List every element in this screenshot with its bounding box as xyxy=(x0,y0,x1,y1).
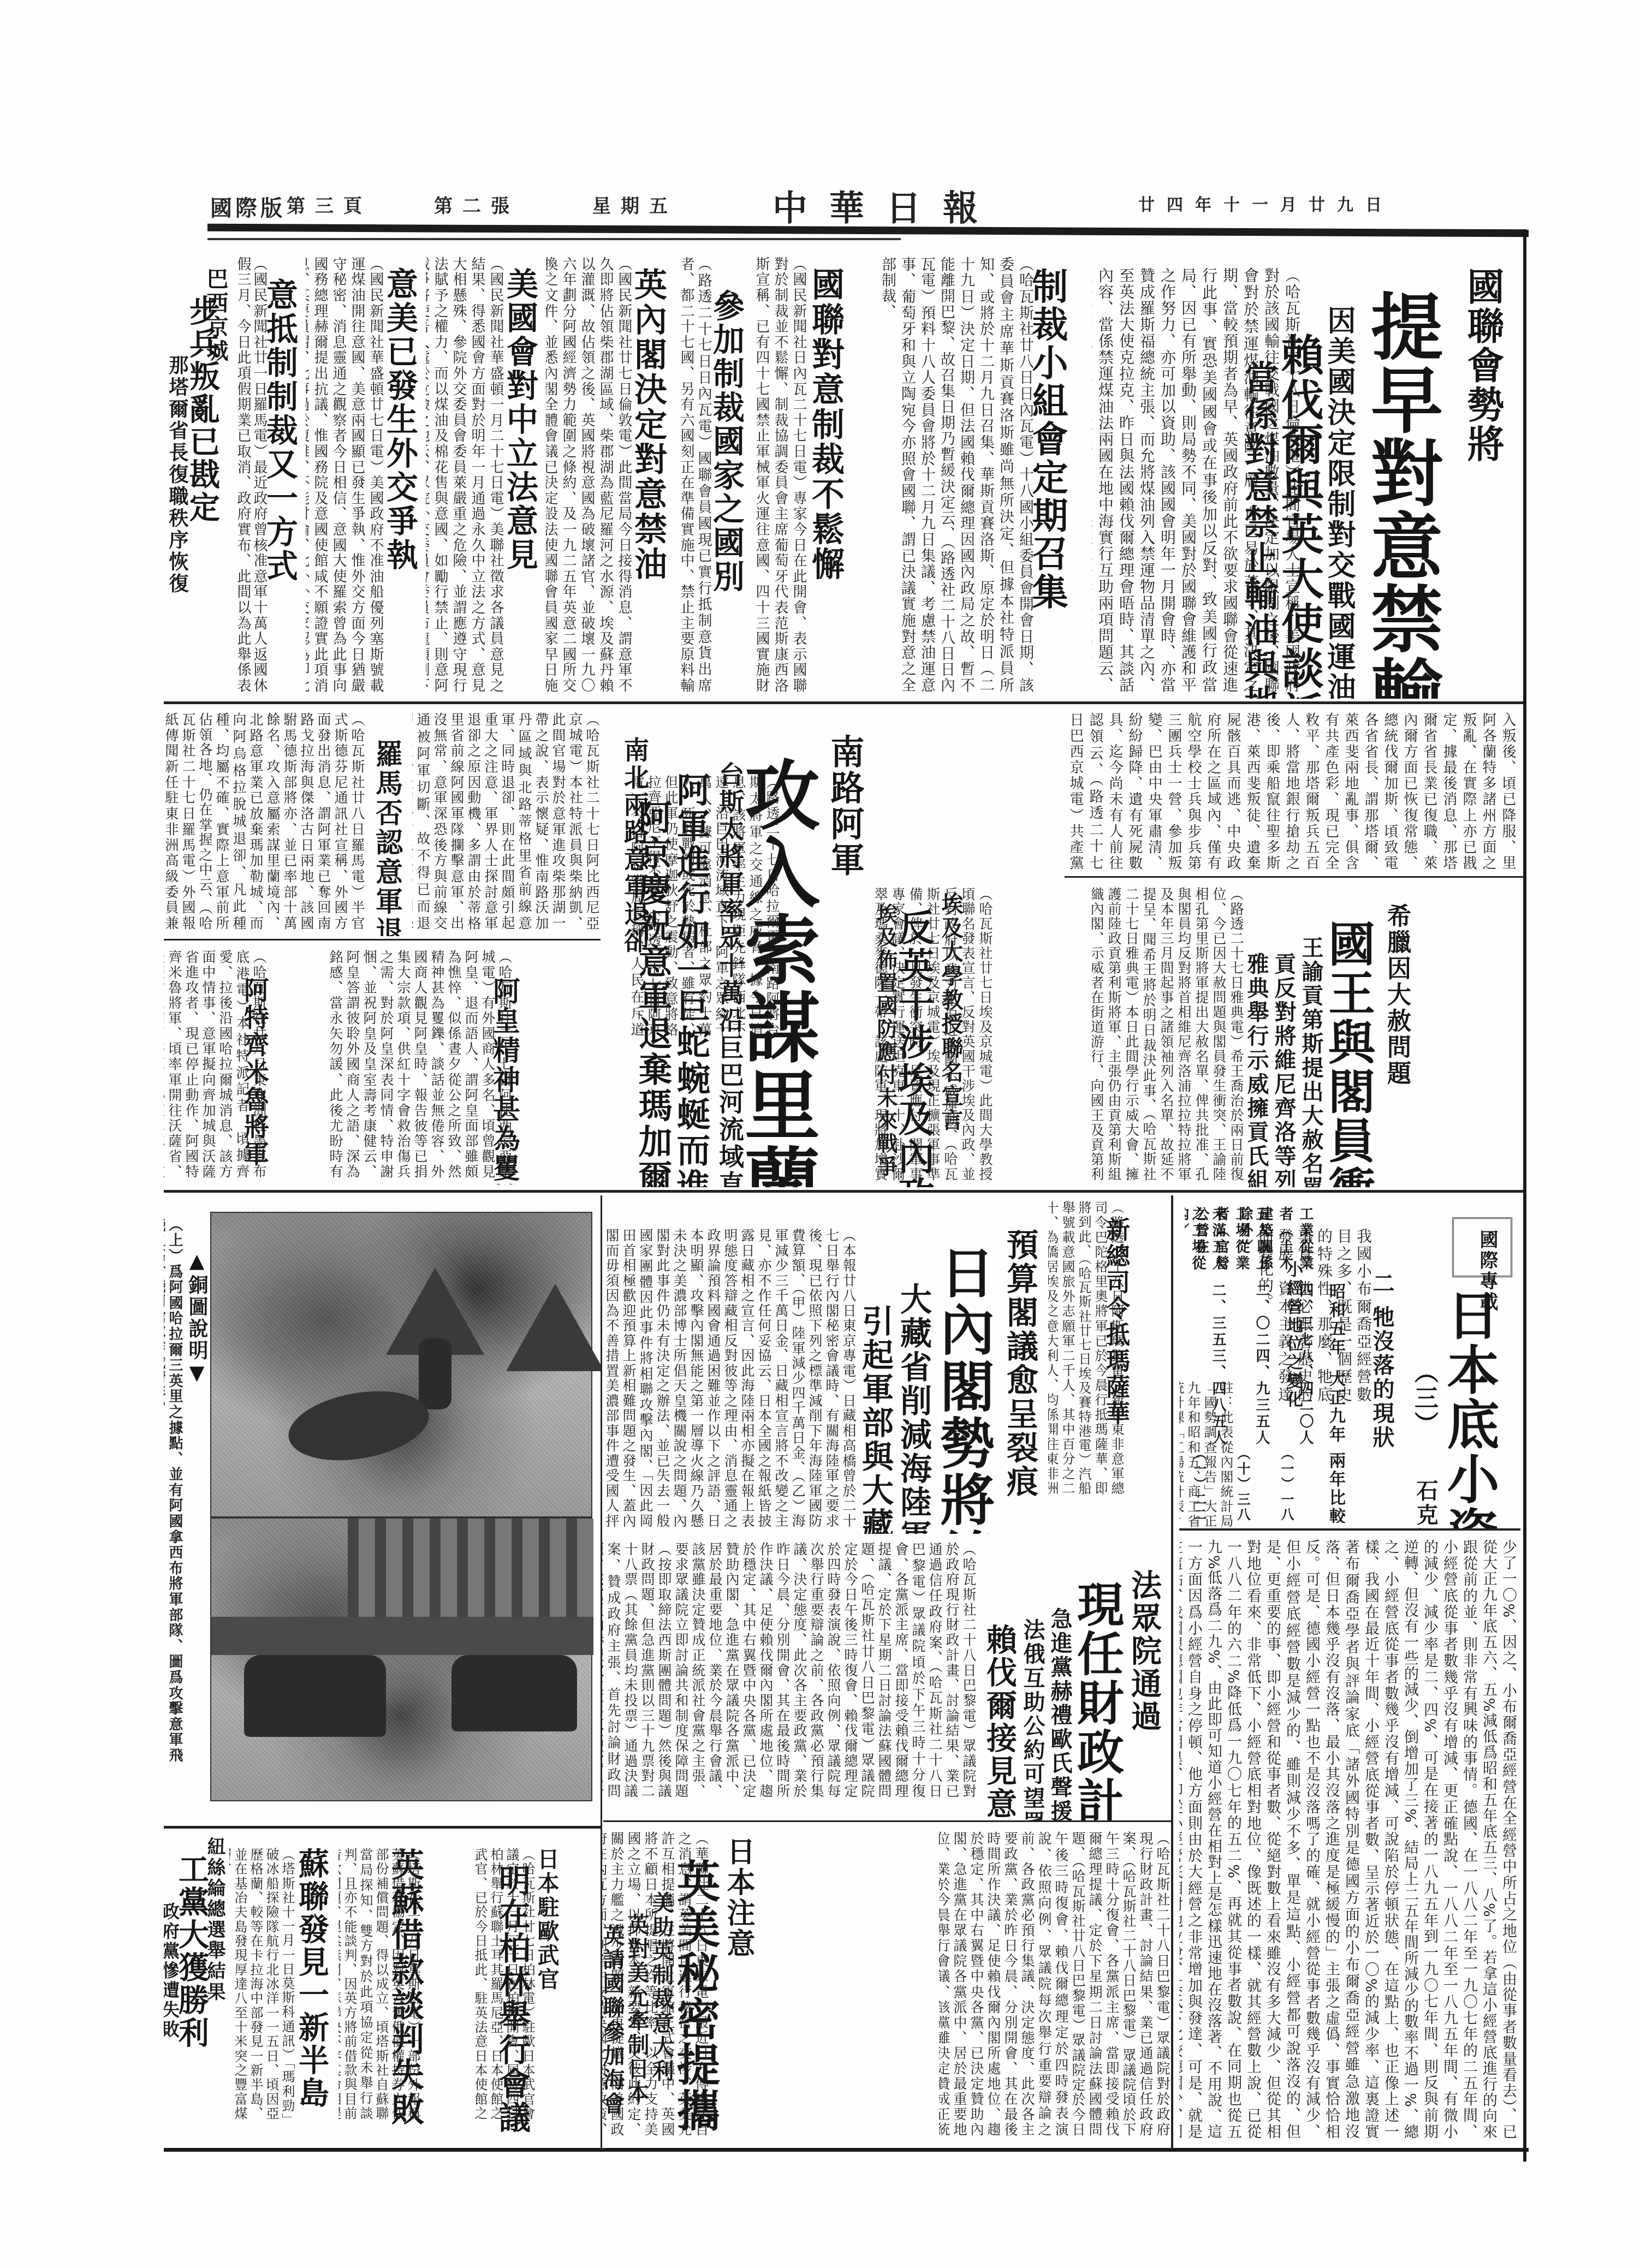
article-body: （路透二十七日雅典電）希王喬治於兩日前復位、今已因大赦問題與閣員發生衝突、王諭陸… xyxy=(1092,887,1245,1182)
section-divider xyxy=(164,1826,601,1829)
news-photo-lower xyxy=(210,1517,592,1801)
subhead: 那塔爾省長復職秩序恢復 xyxy=(164,355,191,595)
subhead: 政府黨慘遭失敗 xyxy=(164,1902,182,2040)
article-body: （國民新聞社日內瓦二十七日電）專家今日在此開會、表示國聯對於制裁並不鬆懈、制裁協… xyxy=(753,257,808,693)
article-body: （哈瓦斯社廿八日日內瓦電）十八國小組委員會開會日期、該委員會主席華斯貢賽洛斯雖尚… xyxy=(854,257,1035,693)
news-photo-upper xyxy=(210,1212,592,1517)
photo-section: ▲銅圖說明▼ （上）爲阿國哈拉爾三英里之據點、並有阿國拿西布將軍部隊、圖爲攻擊意… xyxy=(164,1195,601,1823)
article-body: （路透二十八日阿斯瑪拉電）新任東非意軍總司令巴陀格里奧將軍已於今晨行抵瑪薩華、即… xyxy=(1048,1201,1125,1496)
photo-caption-upper: （上）爲阿國哈拉爾三英里之據點、並有阿國拿西布將軍部隊、圖爲攻擊意軍飛機之高射機… xyxy=(164,1217,183,1763)
article-body: （哈瓦斯社二十七日阿比西尼亞京城電）有外國商人多名、頃曾觀見阿皇、退而語人、謂阿… xyxy=(328,950,513,1179)
kicker: 希臘因大赦問題 xyxy=(1379,903,1414,1087)
article-emperor-spirit: 阿皇精神甚為矍鑠 （哈瓦斯社二十七日阿比西尼亞京城電）有外國商人多名、頃曾觀見阿… xyxy=(328,944,601,1184)
subhead: 急進黨赫禮歐氏聲援賴伐爾 xyxy=(1044,1608,1075,1820)
article-british-cabinet: 英內閣決定對意禁油 （國民新聞社廿七日倫敦電）此間當局今日接得消息、謂意軍不久即… xyxy=(546,246,677,699)
article-japan-attache: 日本駐歐武官 明在柏林舉行會議 （哈瓦斯社廿七日柏林電）駐歐日本武官會議定於十一… xyxy=(475,1831,601,2145)
table-cell: （十）三八、五七四人 xyxy=(1233,1446,1252,1523)
table-row: 工業從業者（土木建築關係除外） 四、三七八、四二〇人 （一）一八六、八一〇人 xyxy=(1277,1206,1316,1523)
table-header-column: 昭和五年 大正九年 兩年比較增減 xyxy=(1322,1206,1348,1523)
article-brazil-continuation: 入叛後、頃已降服、里阿各蘭特多諸州方面之叛亂、在實際上亦已戡定、據最後消息、那塔… xyxy=(1065,707,1518,876)
article-body: （哈瓦斯社廿八日羅馬電）半官式斯德芬尼通訊社宣稱、外國方面發出消息、謂阿軍業已奪… xyxy=(164,712,366,931)
frame-border-bottom xyxy=(164,2148,1529,2152)
kicker: 國聯會勢將 xyxy=(1456,267,1509,464)
section-divider xyxy=(164,939,601,940)
article-rome-denies: 羅馬否認意軍退卻 （哈瓦斯社廿八日羅馬電）半官式斯德芬尼通訊社宣稱、外國方面發出… xyxy=(164,707,412,936)
article-north-south-retreat: 南北兩路意軍退卻 xyxy=(601,721,655,966)
article-italy-us-dispute: 意美已發生外交爭執 （國民新聞社華盛頓廿七日電）美國政府不准油船優列塞斯號載運煤… xyxy=(306,246,426,699)
article-new-commander: 新總司令抵瑪薩華 （路透二十八日阿斯瑪拉電）新任東非意軍總司令巴陀格里奧將軍已於… xyxy=(1048,1195,1171,1501)
tank-vehicle xyxy=(244,1655,386,1737)
crowd xyxy=(211,1617,593,1655)
column-divider xyxy=(1171,1195,1173,2148)
article-sanctions-committee: 制裁小組會定期召集 （哈瓦斯社廿八日日內瓦電）十八國小組委員會開會日期、該委員會… xyxy=(854,246,1089,699)
article-brazil: 巴西京城 步兵叛亂已戡定 那塔爾省長復職秩序恢復 總統通告亂事有共產色彩 xyxy=(164,246,235,699)
article-body: （哈瓦斯社二十八日巴黎電）眾議院對於政府現行財政計畫、討論結果、業已通過信任政府… xyxy=(939,1831,1171,2137)
article-french-chamber: 法眾院通過 現任財政計劃 急進黨赫禮歐氏聲援賴伐爾 法俄互助公約可望眾院通過 賴… xyxy=(601,1537,1171,1820)
section-divider xyxy=(603,1820,1171,1822)
tank-vehicle xyxy=(451,1655,577,1731)
tent xyxy=(506,1284,601,1371)
article-body: （國民新聞社華盛頓一月二十七日電）美聯社徵求各議員意見之結果、得悉國會方面對於明… xyxy=(426,257,505,693)
article-league-oil: 國聯會勢將 提早對意禁輸煤油 因美國決定限制對交戰國運油之影響 賴伐爾與英大使談… xyxy=(1092,246,1518,699)
article-anglo-soviet: 英蘇借款談判失敗 （塔斯社二十八日莫斯科電）一部份外報稱英蘇借款協定、因對英方舊… xyxy=(338,1831,475,2145)
soldier-figure xyxy=(419,1338,451,1409)
article-body: （哈瓦斯社廿八日東非洲杜墨直布底港電）本社特派記者、頃據齊愛、拉後沿國哈拉爾城消… xyxy=(164,950,268,1179)
article-body: （哈瓦斯社廿七日柏林電）駐歐日本武官會議定於十一月三十日在柏林開會、屆時四日柏林… xyxy=(475,1848,535,2121)
subhead: 法俄互助公約可望眾院通過 xyxy=(1017,1618,1048,1820)
part-number: （三） xyxy=(1406,1359,1441,1438)
article-egypt: 埃及大學教授聯名宣言 反英干涉埃及內政 埃及佈置國防應付未來戰爭 （哈瓦斯社廿七… xyxy=(874,882,1092,1187)
headline: 南北兩路意軍退卻 xyxy=(617,737,653,955)
headline: 羅馬否認意軍退卻 xyxy=(367,740,407,936)
subhead: 貢反對將維尼齊洛等列入 xyxy=(1268,953,1299,1187)
table-footnote: 註：此表從內閣統計局「國勢調查報告」大正九年和昭和五、商工省統計課「工場統計表」… xyxy=(1179,1381,1234,1528)
subhead: 賴伐爾接見意大使 xyxy=(977,1624,1021,1820)
article-body: （哈瓦斯社二十七日阿比西尼亞京城電）本社特派員與柴納凱、此間官場對於意軍進攻柴那… xyxy=(412,712,601,931)
table-col-header: 兩年比較增減 xyxy=(1323,1452,1347,1523)
article-body: （塔斯社二十八日莫斯科電）一部份外報稱英蘇借款協定、因對英方舊俄債權持券人作部份… xyxy=(338,1848,420,2121)
article-us-neutrality: 美國會對中立法意見 （國民新聞社華盛頓一月二十七日電）美聯社徵求各議員意見之結果… xyxy=(426,246,546,699)
table-note: 註：此表從內閣統計局「國勢調查報告」大正九年和昭和五、商工省統計課「工場統計表」… xyxy=(1179,1381,1234,1528)
article-body: （國民新聞社廿一日羅馬電）最近政府曾核准意軍十萬人返國休假三月、今日此項假期業已… xyxy=(235,257,268,693)
section-divider xyxy=(164,1190,1523,1193)
frame-border-right xyxy=(1523,229,1526,2162)
article-nz-election: 紐絲綸總選舉結果 工黨大獲勝利 政府黨慘遭失敗 xyxy=(164,1831,229,2145)
table-row-label: 未滿五人之工場從事者 xyxy=(1185,1206,1228,1272)
issue-date: 廿四年十一月廿九日 xyxy=(1138,191,1394,215)
section-divider xyxy=(1065,876,1523,878)
subhead: 引起軍部與大藏省之對立化 xyxy=(852,1305,898,1534)
table-row: 五人以上工場從業者（官營公營在內） 二、〇二四、九三五人 （十）三八、五七四人 xyxy=(1234,1206,1272,1523)
kicker: 預算閣議愈呈裂痕 xyxy=(997,1228,1043,1499)
article-body: （路透二十七日日內瓦電）國聯會員國現已實行抵制意貨出席者、都二十七國、另有六國刻… xyxy=(677,257,712,693)
newspaper-page: 國際版 第三頁 第二張 星期五 中華日報 廿四年十一月廿九日 國聯會勢將 提早對… xyxy=(0,0,1640,2268)
article-north-south-body: （哈瓦斯社二十七日阿比西尼亞京城電）本社特派員與柴納凱、此間官場對於意軍進攻柴那… xyxy=(412,707,601,936)
article-desta: 阿特齊米魯將軍 （哈瓦斯社廿八日東非洲杜墨直布底港電）本社特派記者、頃據齊愛、拉… xyxy=(164,944,328,1184)
article-league-firm: 國聯對意制裁不鬆懈 （國民新聞社日內瓦二十七日電）專家今日在此開會、表示國聯對於… xyxy=(753,246,854,699)
article-body: 入叛後、頃已降服、里阿各蘭特多諸州方面之叛亂、在實際上亦已戡定、據最後消息、那塔… xyxy=(1065,712,1518,871)
table-col-header: 大正九年 xyxy=(1323,1370,1347,1444)
article-body: （哈瓦斯社二十八日巴黎電）眾議院對於政府現行財政計畫、討論結果、業已通過信任政府… xyxy=(601,1542,977,1799)
edition-label: 國際版 xyxy=(210,191,286,222)
article-body: （華聯社二十八日東京電）最近日方傳出注目之消息、謂英美間目進行秘密之交涉、英美允… xyxy=(601,1831,710,2137)
sheet-number: 第二張 xyxy=(434,191,519,218)
article-anglo-us: 日本注意 英美秘密提攜 美助英制裁意大利 英對美允牽制日本 英請國聯參加海會 （… xyxy=(601,1826,939,2145)
article-body: （國民新聞社華盛頓廿七日電）美國政府不准油船優列塞斯號載運煤油開往意國、美意兩國… xyxy=(306,257,385,693)
section-divider xyxy=(1179,1528,1520,1531)
article-body: （塔斯社十一月一日莫斯科通訊）「瑪利勁」破冰船探險隊航行北冰洋一一五日、頃因亞歷… xyxy=(229,1848,295,2121)
article-soviet-island: 蘇聯發見一新半島 （塔斯社十一月一日莫斯科通訊）「瑪利勁」破冰船探險隊航行北冰洋… xyxy=(229,1831,338,2145)
article-french-chamber-cont: （哈瓦斯社二十八日巴黎電）眾議院對於政府現行財政計畫、討論結果、業已通過信任政府… xyxy=(939,1826,1171,2145)
column-tag-box: 國際專載 xyxy=(1452,1217,1512,1277)
article-japan-cabinet: 預算閣議愈呈裂痕 日內閣勢將總辭職 大藏省削減海陸軍部預算額 引起軍部與大藏省之… xyxy=(601,1195,1048,1534)
table-cell: （一）一八六、八一〇人 xyxy=(1277,1446,1296,1523)
table-col-header: 昭和五年 xyxy=(1323,1283,1347,1357)
article-italy-counter: 意抵制制裁又一方式 （國民新聞社廿一日羅馬電）最近政府曾核准意軍十萬人返國休假三… xyxy=(235,246,306,699)
weekday: 星期五 xyxy=(592,191,678,218)
table-cell: 二、〇二四、九三五人 xyxy=(1252,1283,1272,1446)
subhead: 雅典舉行示威擁貢氏組閣 xyxy=(1241,953,1272,1187)
headline: 蘇聯發見一新半島 xyxy=(289,1848,333,2110)
building xyxy=(348,1519,593,1617)
masthead-rule-thin xyxy=(207,238,901,240)
article-body: （哈瓦斯社二十八日倫敦電）此間官場人士宣稱、美國政府對於該國輸往交戰國之煤油數量… xyxy=(1092,267,1302,693)
newspaper-title: 中華日報 xyxy=(773,180,1000,230)
article-body: （哈瓦斯社廿七日埃及京城電）此間大學教授頃聯名發表宣言、反對英國干涉埃及內政、並… xyxy=(874,887,994,1182)
headline: 提早對意禁輸煤油 xyxy=(1348,289,1452,699)
table-cell: 四、三七八、四二〇人 xyxy=(1296,1283,1316,1446)
article-greece: 希臘因大赦問題 國王與閣員衝突 王諭貢第斯提出大赦名單 貢反對將維尼齊洛等列入 … xyxy=(1201,882,1518,1187)
article-japan-petty-body: 少了一〇%、因之、小布爾喬亞經營在全經營中所占之地位（由從事者數量看去）、已從大… xyxy=(1179,1534,1518,2145)
subhead: 王諭貢第斯提出大赦名單 xyxy=(1296,936,1327,1187)
article-greece-body: （路透二十七日雅典電）希王喬治於兩日前復位、今已因大赦問題與閣員發生衝突、王諭陸… xyxy=(1092,882,1245,1187)
kicker: 日本駐歐武官 xyxy=(531,1848,562,1992)
article-body: （本報廿八日東京專電）日藏相高橋曾於二十七日舉行內閣秘密會議時、有關海陸軍之要求… xyxy=(601,1228,857,1528)
article-participating-nations: 參加制裁國家之國別 （路透二十七日日內瓦電）國聯會員國現已實行抵制意貨出席者、都… xyxy=(677,246,753,699)
headline: 國聯對意制裁不鬆懈 xyxy=(802,267,849,582)
article-body: 少了一〇%、因之、小布爾喬亞經營在全經營中所占之地位（由從事者數量看去）、已從大… xyxy=(1179,1539,1518,2140)
page-number: 第三頁 xyxy=(287,191,372,218)
article-body: （國民新聞社廿七日倫敦電）此間當局今日接得消息、謂意軍不久即將佔領柴郡湖區域、柴… xyxy=(546,257,633,693)
photo-caption-title: ▲銅圖說明▼ xyxy=(183,1250,211,1386)
headline: 日本底小資產階級沒落 xyxy=(1432,1288,1507,1528)
section-divider xyxy=(164,701,1523,704)
translator: 石克譯 xyxy=(1410,1479,1441,1528)
